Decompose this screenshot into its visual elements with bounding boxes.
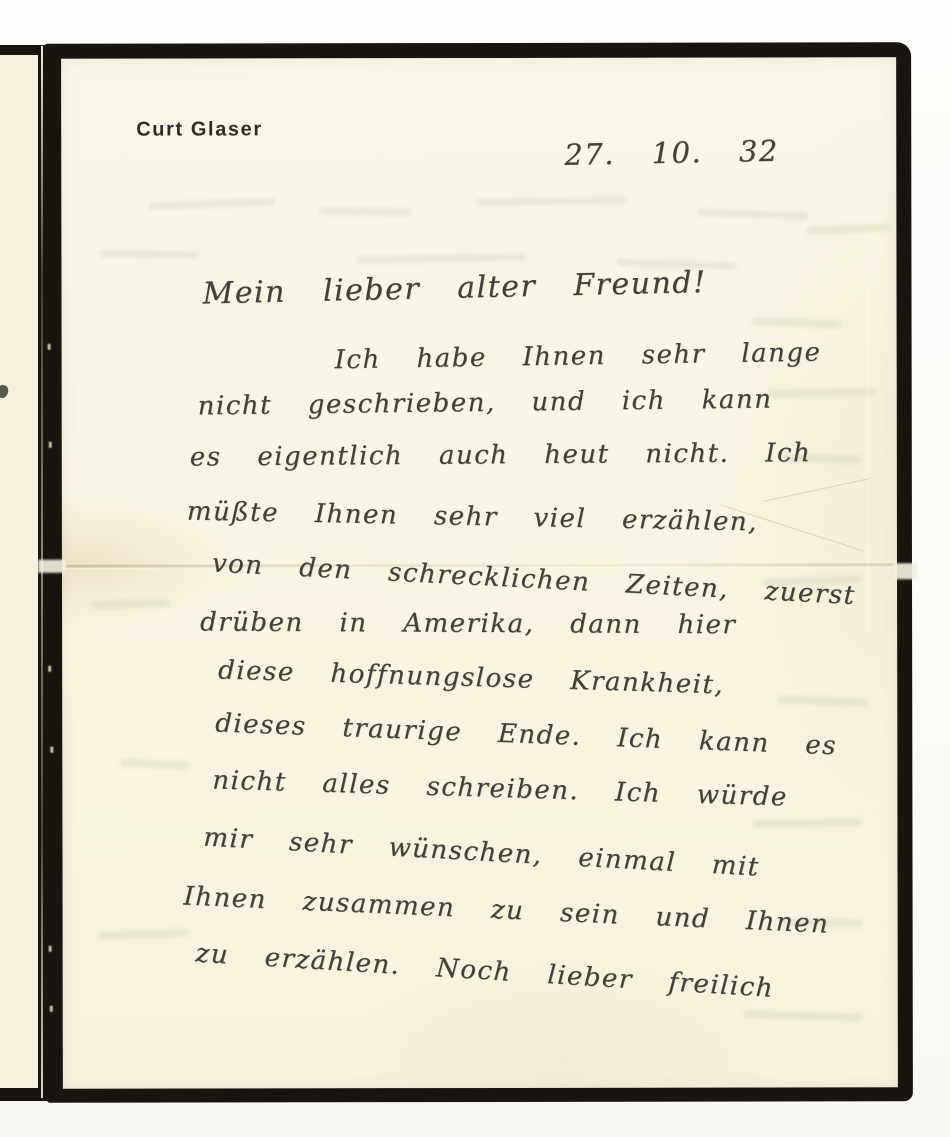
handwritten-line: drüben in Amerika, dann hier	[200, 607, 736, 640]
letter-date: 27. 10. 32	[564, 134, 779, 172]
border-speckle	[49, 946, 52, 952]
letter-paper: Curt Glaser 27. 10. 32 Mein lieber alter…	[61, 57, 898, 1088]
letter-mount-frame: Curt Glaser 27. 10. 32 Mein lieber alter…	[45, 42, 913, 1103]
border-speckle	[48, 344, 51, 350]
border-speckle	[49, 442, 52, 448]
page-gap-highlight	[41, 46, 43, 1098]
adjacent-page-edge	[0, 45, 52, 1101]
ink-mark	[0, 384, 10, 400]
handwritten-line: es eigentlich auch heut nicht. Ich	[190, 438, 812, 472]
border-speckle	[50, 1006, 53, 1012]
border-speckle	[50, 747, 53, 753]
border-speckle	[48, 666, 51, 672]
fold-scratch	[893, 563, 917, 579]
scan-background: Curt Glaser 27. 10. 32 Mein lieber alter…	[0, 0, 950, 1137]
letterhead-name: Curt Glaser	[136, 118, 263, 141]
